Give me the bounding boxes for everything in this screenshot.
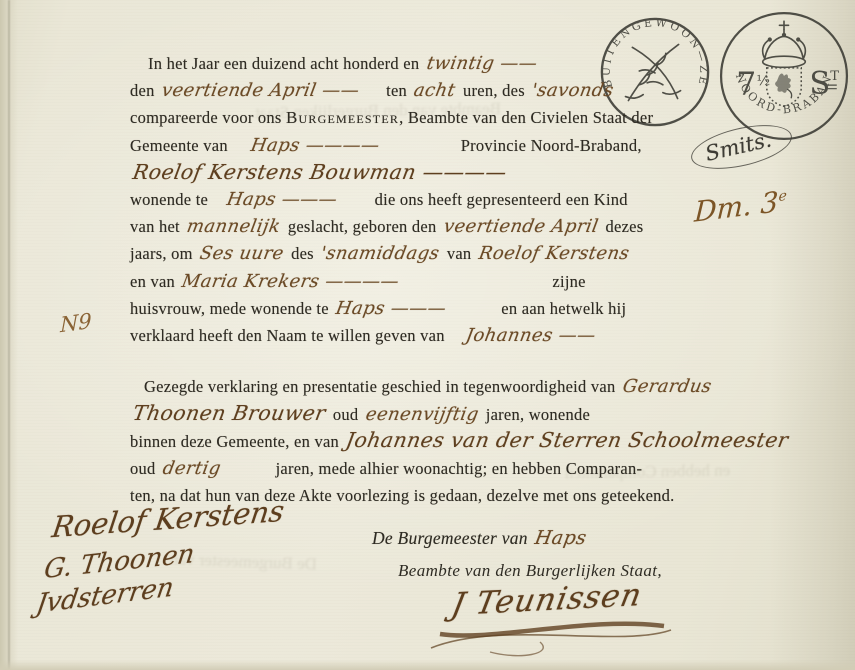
- handwritten-entry: dertig: [157, 455, 225, 482]
- handwritten-entry: Johannes ——: [461, 322, 601, 349]
- printed-text: en van: [130, 272, 179, 291]
- signature-flourish-icon: [428, 608, 678, 660]
- printed-text: Gemeente van: [130, 136, 232, 155]
- handwritten-entry: Thoonen Brouwer: [128, 400, 331, 427]
- document-line: Gezegde verklaring en presentatie geschi…: [130, 373, 730, 400]
- handwritten-entry: Haps ————: [246, 132, 385, 159]
- document-line: wonende te Haps ———die ons heeft geprese…: [130, 186, 730, 213]
- handwritten-entry: acht: [409, 77, 461, 104]
- handwritten-entry: Johannes van der Sterren Schoolmeester: [341, 427, 794, 454]
- printed-smallcaps-text: Burgemeester: [286, 108, 399, 127]
- handwritten-entry: veertiende April: [438, 213, 603, 240]
- paper-bottom-edge: [0, 660, 855, 670]
- handwritten-entry: Ses uure: [195, 240, 289, 267]
- document-line: Roelof Kerstens Bouwman ————: [130, 159, 730, 186]
- birth-certificate-document: Beambte van den Burgerlijken StaatDe Bur…: [0, 0, 855, 670]
- printed-text: jaren, mede alhier woonachtig; en hebben…: [276, 459, 643, 478]
- handwritten-entry: veertiende April ——: [157, 77, 365, 104]
- document-line: huisvrouw, mede wonende te Haps ———en aa…: [130, 295, 730, 322]
- printed-text: De Burgemeester van: [372, 528, 528, 548]
- handwritten-entry: 'savonds: [527, 77, 619, 104]
- printed-text: ten: [386, 81, 411, 100]
- printed-text: van: [442, 244, 475, 263]
- crown-icon: [763, 21, 806, 67]
- handwritten-entry: Haps ———: [331, 295, 452, 322]
- printed-text: compareerde voor ons: [130, 108, 286, 127]
- printed-text: geslacht, geboren den: [283, 217, 440, 236]
- printed-text: verklaard heeft den Naam te willen geven…: [130, 326, 449, 345]
- act-number: N9: [60, 309, 91, 338]
- document-line: Thoonen Brouwer oud eenenvijftig jaren, …: [130, 400, 730, 427]
- document-line: In het Jaar een duizend acht honderd en …: [130, 50, 730, 77]
- document-line: compareerde voor ons Burgemeester, Beamb…: [130, 104, 730, 131]
- handwritten-entry: Roelof Kerstens Bouwman ————: [128, 159, 512, 186]
- handwritten-entry: Haps ———: [222, 186, 343, 213]
- tax-seal-stamp-icon: 7½ ST NOORD-BRABAND.: [716, 8, 852, 144]
- stamp-region-text: NOORD-BRABAND.: [716, 8, 835, 116]
- paper-fold-line: [8, 0, 10, 670]
- printed-text: uren, des: [459, 81, 530, 100]
- handwritten-entry: mannelijk: [182, 213, 286, 240]
- svg-text:NOORD-BRABAND.: NOORD-BRABAND.: [716, 8, 835, 116]
- printed-text: die ons heeft gepresenteerd een Kind: [375, 190, 628, 209]
- printed-text: zijne: [552, 272, 585, 291]
- printed-text: des: [287, 244, 319, 263]
- paragraph: Gezegde verklaring en presentatie geschi…: [130, 373, 730, 509]
- document-line: den veertiende April ——ten acht uren, de…: [130, 77, 730, 104]
- printed-text: jaars, om: [130, 244, 197, 263]
- printed-text: oud: [329, 405, 363, 424]
- handwritten-entry: Haps: [530, 527, 591, 549]
- handwritten-entry: Maria Krekers ————: [177, 268, 405, 295]
- document-line: binnen deze Gemeente, en van Johannes va…: [130, 427, 730, 454]
- document-line: oud dertigjaren, mede alhier woonachtig;…: [130, 455, 730, 482]
- handwritten-entry: twintig ——: [421, 50, 542, 77]
- handwritten-entry: eenenvijftig: [360, 401, 483, 428]
- printed-text: Provincie Noord-Braband,: [461, 136, 642, 155]
- printed-text: huisvrouw, mede wonende te: [130, 299, 333, 318]
- signature: Roelof Kerstens: [50, 494, 287, 545]
- lion-shield-icon: [767, 68, 802, 107]
- printed-text: van het: [130, 217, 184, 236]
- paragraph: In het Jaar een duizend acht honderd en …: [130, 50, 730, 349]
- printed-text: jaren, wonende: [481, 405, 590, 424]
- document-line: en van Maria Krekers ————zijne: [130, 268, 730, 295]
- document-line: jaars, om Ses uure des 'snamiddags van R…: [130, 240, 730, 267]
- handwritten-entry: Roelof Kerstens: [473, 240, 634, 267]
- document-line: van het mannelijk geslacht, geboren den …: [130, 213, 730, 240]
- printed-text: Gezegde verklaring en presentatie geschi…: [144, 377, 620, 396]
- printed-text: binnen deze Gemeente, en van: [130, 432, 343, 451]
- document-line: verklaard heeft den Naam te willen geven…: [130, 322, 730, 349]
- printed-text: dezes: [601, 217, 643, 236]
- handwritten-entry: 'snamiddags: [316, 240, 445, 267]
- handwritten-entry: Gerardus: [617, 373, 716, 400]
- printed-text: den: [130, 81, 159, 100]
- printed-text: oud: [130, 459, 160, 478]
- printed-text: en aan hetwelk hij: [501, 299, 626, 318]
- printed-text: , Beambte van den Civielen Staat der: [399, 108, 653, 127]
- printed-text: wonende te: [130, 190, 212, 209]
- officer-closing-line: De Burgemeester van Haps: [372, 527, 590, 549]
- document-line: Gemeente van Haps ————Provincie Noord-Br…: [130, 132, 730, 159]
- printed-text: In het Jaar een duizend acht honderd en: [148, 54, 424, 73]
